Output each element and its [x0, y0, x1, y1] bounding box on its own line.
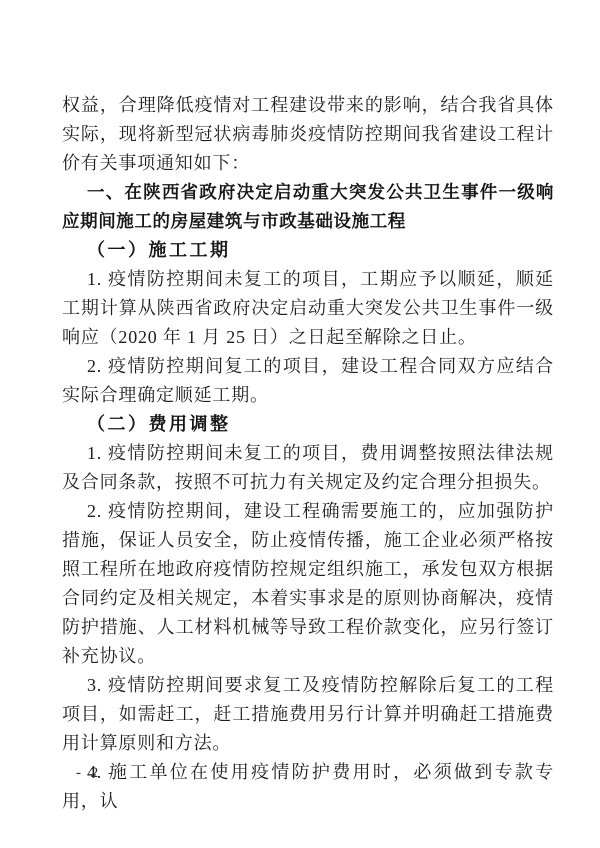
subsection-heading-construction-period: （一）施工工期 — [62, 236, 554, 265]
paragraph-cost-item-2: 2. 疫情防控期间，建设工程确需要施工的，应加强防护措施，保证人员安全，防止疫情… — [62, 497, 554, 671]
section-heading-1: 一、在陕西省政府决定启动重大突发公共卫生事件一级响应期间施工的房屋建筑与市政基础… — [62, 178, 554, 236]
paragraph-cost-item-1: 1. 疫情防控期间未复工的项目，费用调整按照法律法规及合同条款，按照不可抗力有关… — [62, 439, 554, 497]
paragraph-cost-item-4: 4. 施工单位在使用疫情防护费用时，必须做到专款专用，认 — [62, 758, 554, 816]
paragraph-period-item-2: 2. 疫情防控期间复工的项目，建设工程合同双方应结合实际合理确定顺延工期。 — [62, 352, 554, 410]
paragraph-continuation: 权益，合理降低疫情对工程建设带来的影响，结合我省具体实际，现将新型冠状病毒肺炎疫… — [62, 91, 554, 178]
document-page: 权益，合理降低疫情对工程建设带来的影响，结合我省具体实际，现将新型冠状病毒肺炎疫… — [0, 0, 600, 848]
subsection-heading-cost-adjustment: （二）费用调整 — [62, 410, 554, 439]
paragraph-cost-item-3: 3. 疫情防控期间要求复工及疫情防控解除后复工的工程项目，如需赶工，赶工措施费用… — [62, 671, 554, 758]
document-body: 权益，合理降低疫情对工程建设带来的影响，结合我省具体实际，现将新型冠状病毒肺炎疫… — [62, 91, 554, 816]
page-number: - 2 - — [76, 765, 116, 782]
paragraph-period-item-1: 1. 疫情防控期间未复工的项目，工期应予以顺延，顺延工期计算从陕西省政府决定启动… — [62, 265, 554, 352]
